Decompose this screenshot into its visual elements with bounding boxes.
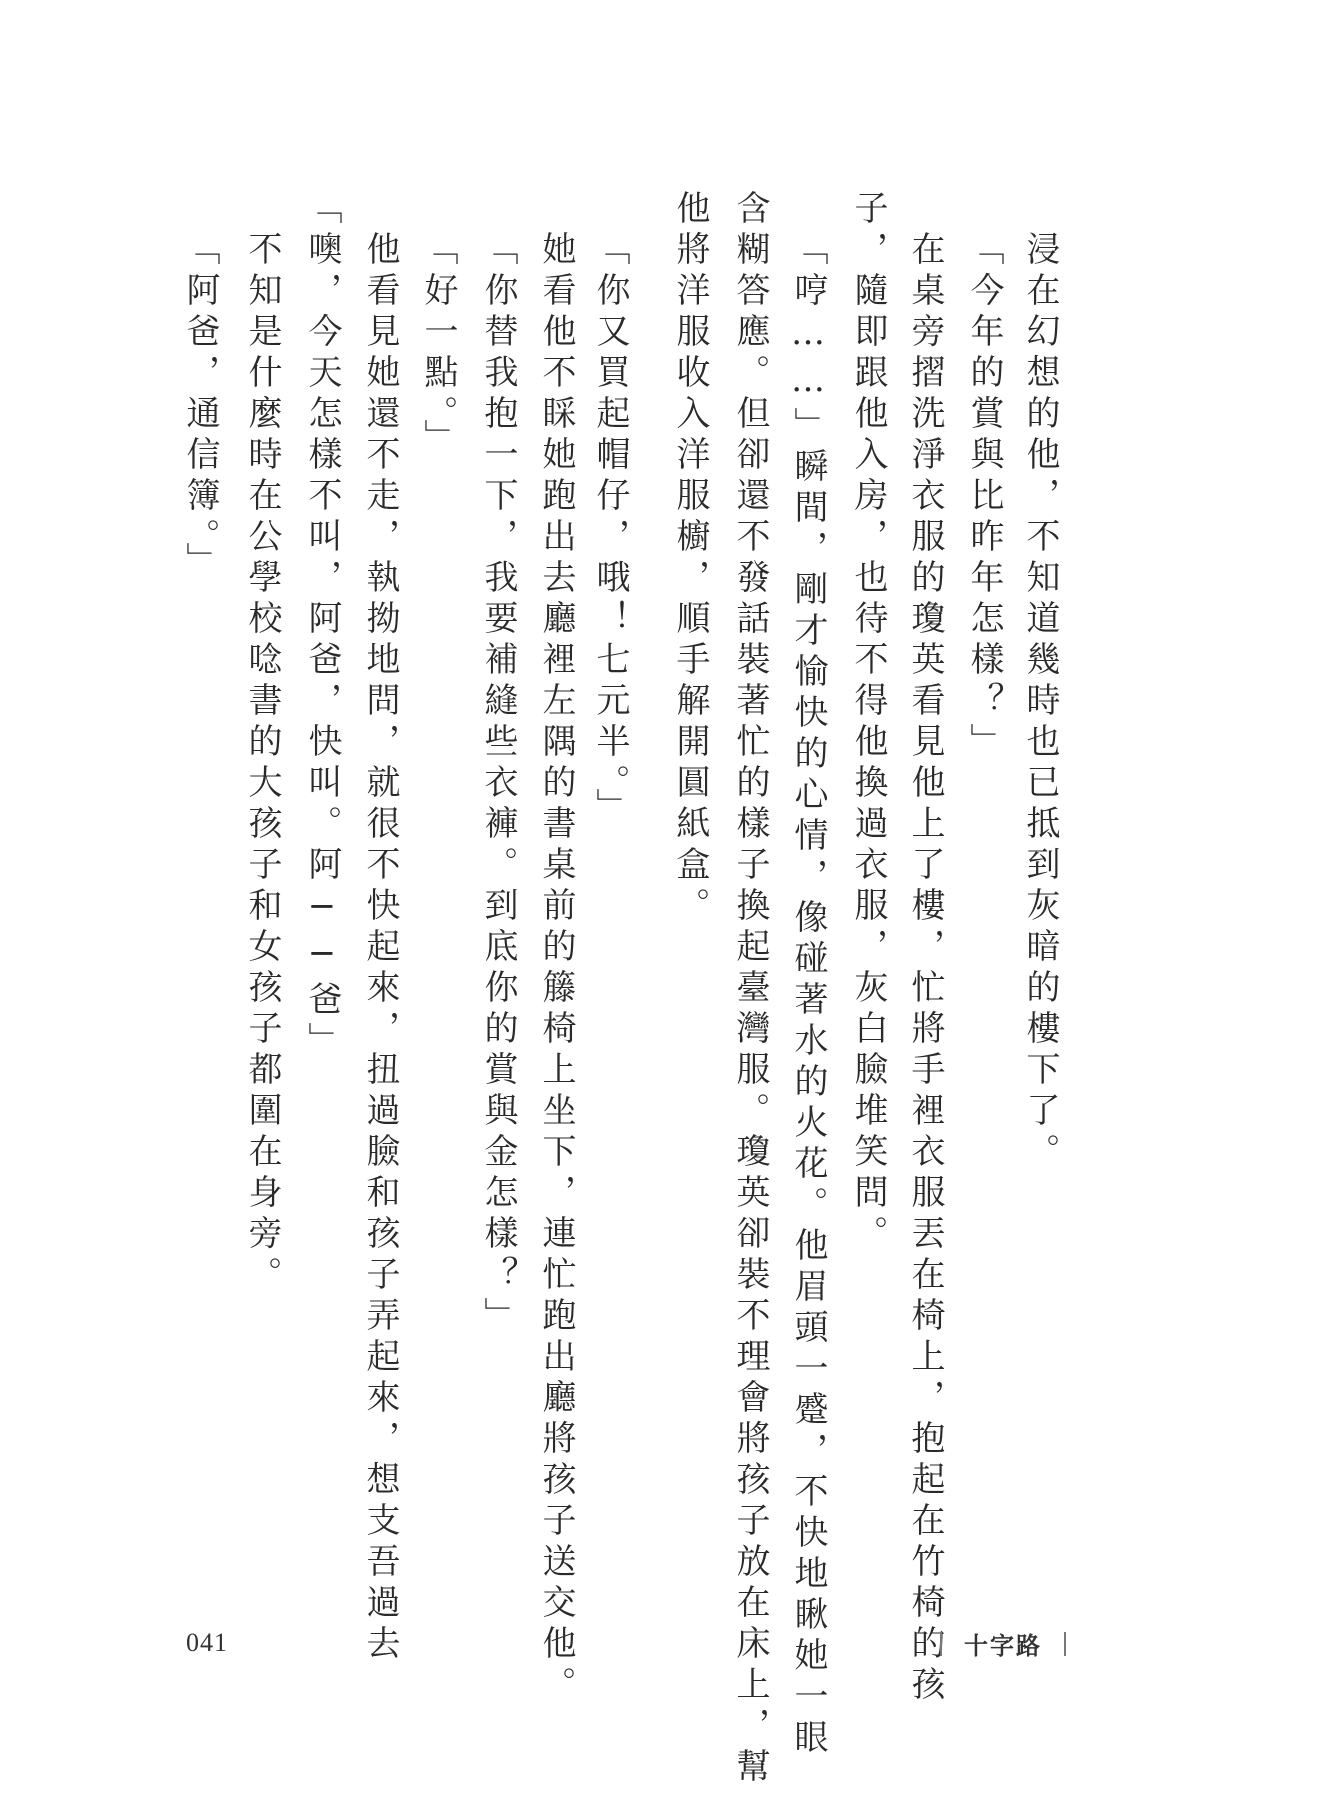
book-title: 十字路 xyxy=(964,1626,1042,1661)
divider-bar-right xyxy=(1064,1632,1066,1656)
text-column-15: 「阿爸，通信簿。」 xyxy=(176,190,224,583)
text-column-4: 子，隨即跟他入房，也待不得他換過衣服，灰白臉堆笑問。 xyxy=(844,190,892,1256)
text-column-9: 她看他不睬她跑出去廳裡左隅的書桌前的籐椅上坐下，連忙跑出廳將孩子送交他。 xyxy=(532,190,580,1707)
text-column-1: 浸在幻想的他，不知道幾時也已抵到灰暗的樓下了。 xyxy=(1016,190,1064,1174)
text-column-7: 他將洋服收入洋服櫥，順手解開圓紙盒。 xyxy=(666,190,714,928)
text-column-8: 「你又買起帽仔，哦！七元半。」 xyxy=(586,190,634,829)
page-number: 041 xyxy=(186,1628,228,1658)
divider-bar-left xyxy=(940,1632,942,1656)
text-column-13: 「噢，今天怎樣不叫，阿爸，快叫。阿──爸」 xyxy=(298,190,346,1063)
text-column-6: 含糊答應。但卻還不發話裝著忙的樣子換起臺灣服。瓊英卻裝不理會將孩子放在床上，幫 xyxy=(726,190,774,1789)
text-column-11: 「好一點。」 xyxy=(414,190,462,460)
text-column-5: 「哼……」瞬間，剛才愉快的心情，像碰著水的火花。他眉頭一蹙，不快地瞅她一眼 xyxy=(784,190,832,1760)
text-column-14: 不知是什麼時在公學校唸書的大孩子和女孩子都圍在身旁。 xyxy=(238,190,286,1297)
text-column-10: 「你替我抱一下，我要補縫些衣褲。到底你的賞與金怎樣？」 xyxy=(474,190,522,1338)
running-header: 十字路 xyxy=(940,1626,1066,1661)
text-column-12: 他看見她還不走，執拗地問，就很不快起來，扭過臉和孩子弄起來，想支吾過去 xyxy=(356,190,404,1666)
text-column-2: 「今年的賞與比昨年怎樣？」 xyxy=(960,190,1008,764)
book-page: 浸在幻想的他，不知道幾時也已抵到灰暗的樓下了。 「今年的賞與比昨年怎樣？」 在桌… xyxy=(0,0,1331,1811)
text-column-3: 在桌旁摺洗淨衣服的瓊英看見他上了樓，忙將手裡衣服丟在椅上，抱起在竹椅的孩 xyxy=(901,190,949,1707)
